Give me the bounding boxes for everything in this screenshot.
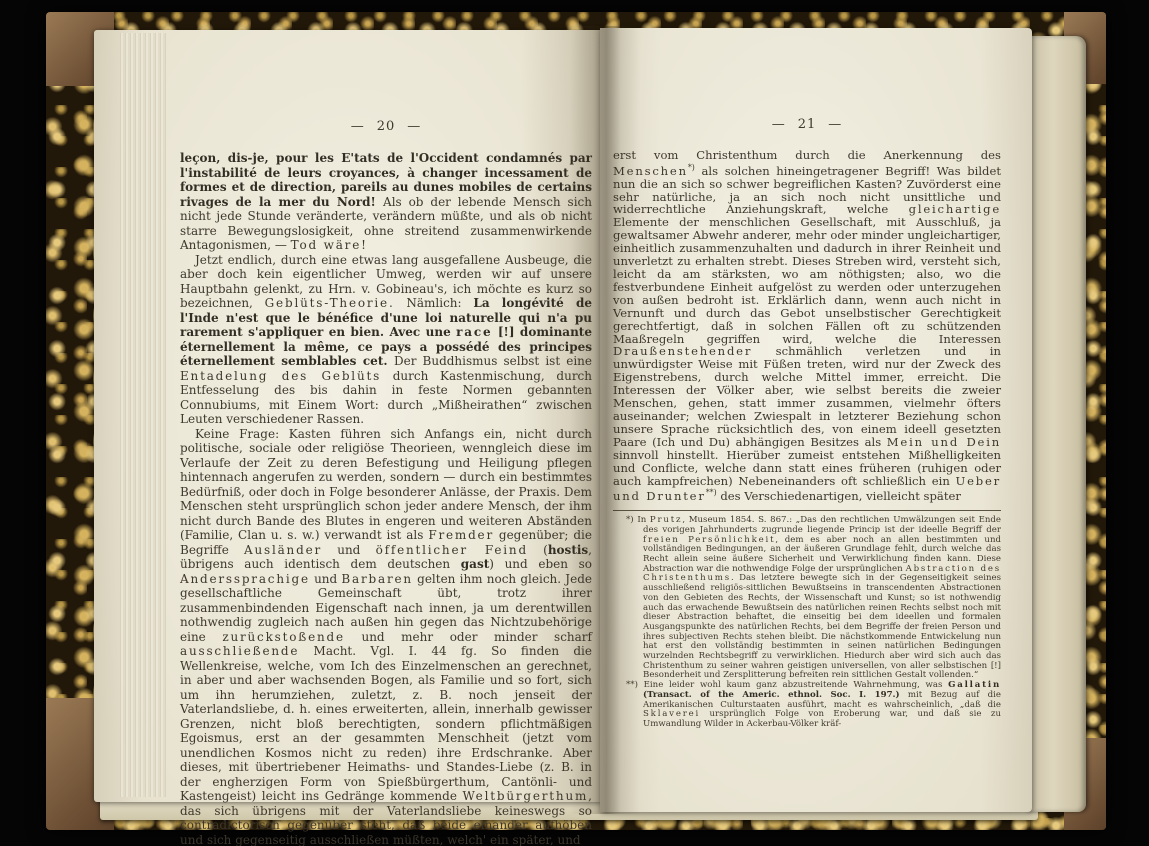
header-dash: — xyxy=(828,117,842,132)
text-segment: und xyxy=(322,543,376,557)
text-segment: gast xyxy=(461,557,489,571)
page-20-column: —20— leçon, dis-je, pour les E'tats de l… xyxy=(180,120,592,846)
text-segment: Barbaren xyxy=(341,572,413,586)
text-segment: erst vom Christenthum durch die Anerkenn… xyxy=(613,148,1001,162)
text-segment: In xyxy=(637,515,650,525)
photograph-of-open-book: { "book": { "left_page": { "page_number"… xyxy=(0,0,1149,846)
footnote-reference-mark: **) xyxy=(706,488,717,497)
text-segment: Nämlich: xyxy=(395,296,474,310)
paragraph: erst vom Christenthum durch die Anerkenn… xyxy=(613,149,1001,503)
text-segment: schmählich verletzen und in unwürdigster… xyxy=(613,344,1001,448)
page-21: —21— erst vom Christenthum durch die Ane… xyxy=(600,28,1032,812)
footnote-marker: *) xyxy=(626,515,637,525)
text-segment: ( xyxy=(528,543,548,557)
header-dash: — xyxy=(407,119,421,134)
text-segment: freien Persönlichkeit xyxy=(643,535,775,545)
text-segment: race xyxy=(456,325,492,339)
text-segment: Menschen xyxy=(613,164,688,178)
page-20-text: leçon, dis-je, pour les E'tats de l'Occi… xyxy=(180,151,592,846)
text-segment: (Transact. of the Americ. ethnol. Soc. I… xyxy=(643,690,900,700)
text-segment: hostis xyxy=(548,543,588,557)
text-segment: Prutz xyxy=(650,515,682,525)
page-20: —20— leçon, dis-je, pour les E'tats de l… xyxy=(94,30,602,802)
text-segment: ausschließende xyxy=(180,644,299,658)
text-segment: und xyxy=(310,572,342,586)
footnote: **) Eine leider wohl kaum ganz abzustrei… xyxy=(613,681,1001,730)
text-segment: Weltbürgerthum xyxy=(463,789,589,803)
text-segment: ) und eben so xyxy=(489,557,592,571)
page-21-header: —21— xyxy=(613,118,1001,132)
text-segment: Anderssprachige xyxy=(180,572,310,586)
text-segment: Sklaverei xyxy=(643,709,700,719)
text-segment: Mein und Dein xyxy=(887,435,1001,449)
text-segment: Ausländer xyxy=(244,543,322,557)
text-segment: gleichartige xyxy=(909,202,1001,216)
text-segment: ! xyxy=(361,238,366,252)
footnote-rule xyxy=(613,510,1001,511)
paragraph: Jetzt endlich, durch eine etwas lang aus… xyxy=(180,253,592,427)
text-segment: , Museum 1854. S. 867.: „Das den rechtli… xyxy=(643,515,1001,535)
page-fore-edges-left xyxy=(120,33,166,797)
page-20-header: —20— xyxy=(180,120,592,134)
text-segment: Keine Frage: Kasten führen sich Anfangs … xyxy=(180,427,592,543)
text-segment: Macht. Vgl. I. 44 fg. So finden die Well… xyxy=(180,644,592,803)
text-segment: Elemente der menschlichen Gesellschaft, … xyxy=(613,215,1001,345)
text-segment: öffentlicher Feind xyxy=(376,543,528,557)
footnote-marker: **) xyxy=(626,680,644,690)
text-segment: sinnvoll hinstellt. Hierüber zumeist ent… xyxy=(613,448,1001,488)
text-segment: Eine leider wohl kaum ganz abzustreitend… xyxy=(644,680,948,690)
text-segment: Geblüts-Theorie. xyxy=(265,296,395,310)
text-segment: Gallatin xyxy=(948,680,1001,690)
footnote: *) In Prutz, Museum 1854. S. 867.: „Das … xyxy=(613,516,1001,681)
text-segment: des Verschiedenartigen, vielleicht späte… xyxy=(717,489,961,503)
text-segment: Fremder xyxy=(428,528,494,542)
text-segment: und mehr oder minder scharf xyxy=(345,630,592,644)
paragraph: Keine Frage: Kasten führen sich Anfangs … xyxy=(180,427,592,846)
turned-page-edge-right xyxy=(1026,36,1086,812)
text-segment: Entadelung des Geblüts xyxy=(180,369,381,383)
paragraph: leçon, dis-je, pour les E'tats de l'Occi… xyxy=(180,151,592,253)
text-segment: zurückstoßende xyxy=(222,630,345,644)
text-segment: Draußenstehender xyxy=(613,344,752,358)
header-dash: — xyxy=(351,119,365,134)
text-segment: . Das letztere bewegte sich in der Gegen… xyxy=(643,573,1001,680)
page-21-column: —21— erst vom Christenthum durch die Ane… xyxy=(613,118,1001,730)
page-21-footnotes: *) In Prutz, Museum 1854. S. 867.: „Das … xyxy=(613,516,1001,729)
header-dash: — xyxy=(772,117,786,132)
page-number-right: 21 xyxy=(798,117,817,132)
text-segment: Tod wäre xyxy=(291,238,361,252)
footnote-reference-mark: *) xyxy=(688,163,695,172)
text-segment: Der Buddhismus selbst ist eine xyxy=(394,354,592,368)
page-21-text: erst vom Christenthum durch die Anerkenn… xyxy=(613,149,1001,503)
page-number-left: 20 xyxy=(377,119,396,134)
